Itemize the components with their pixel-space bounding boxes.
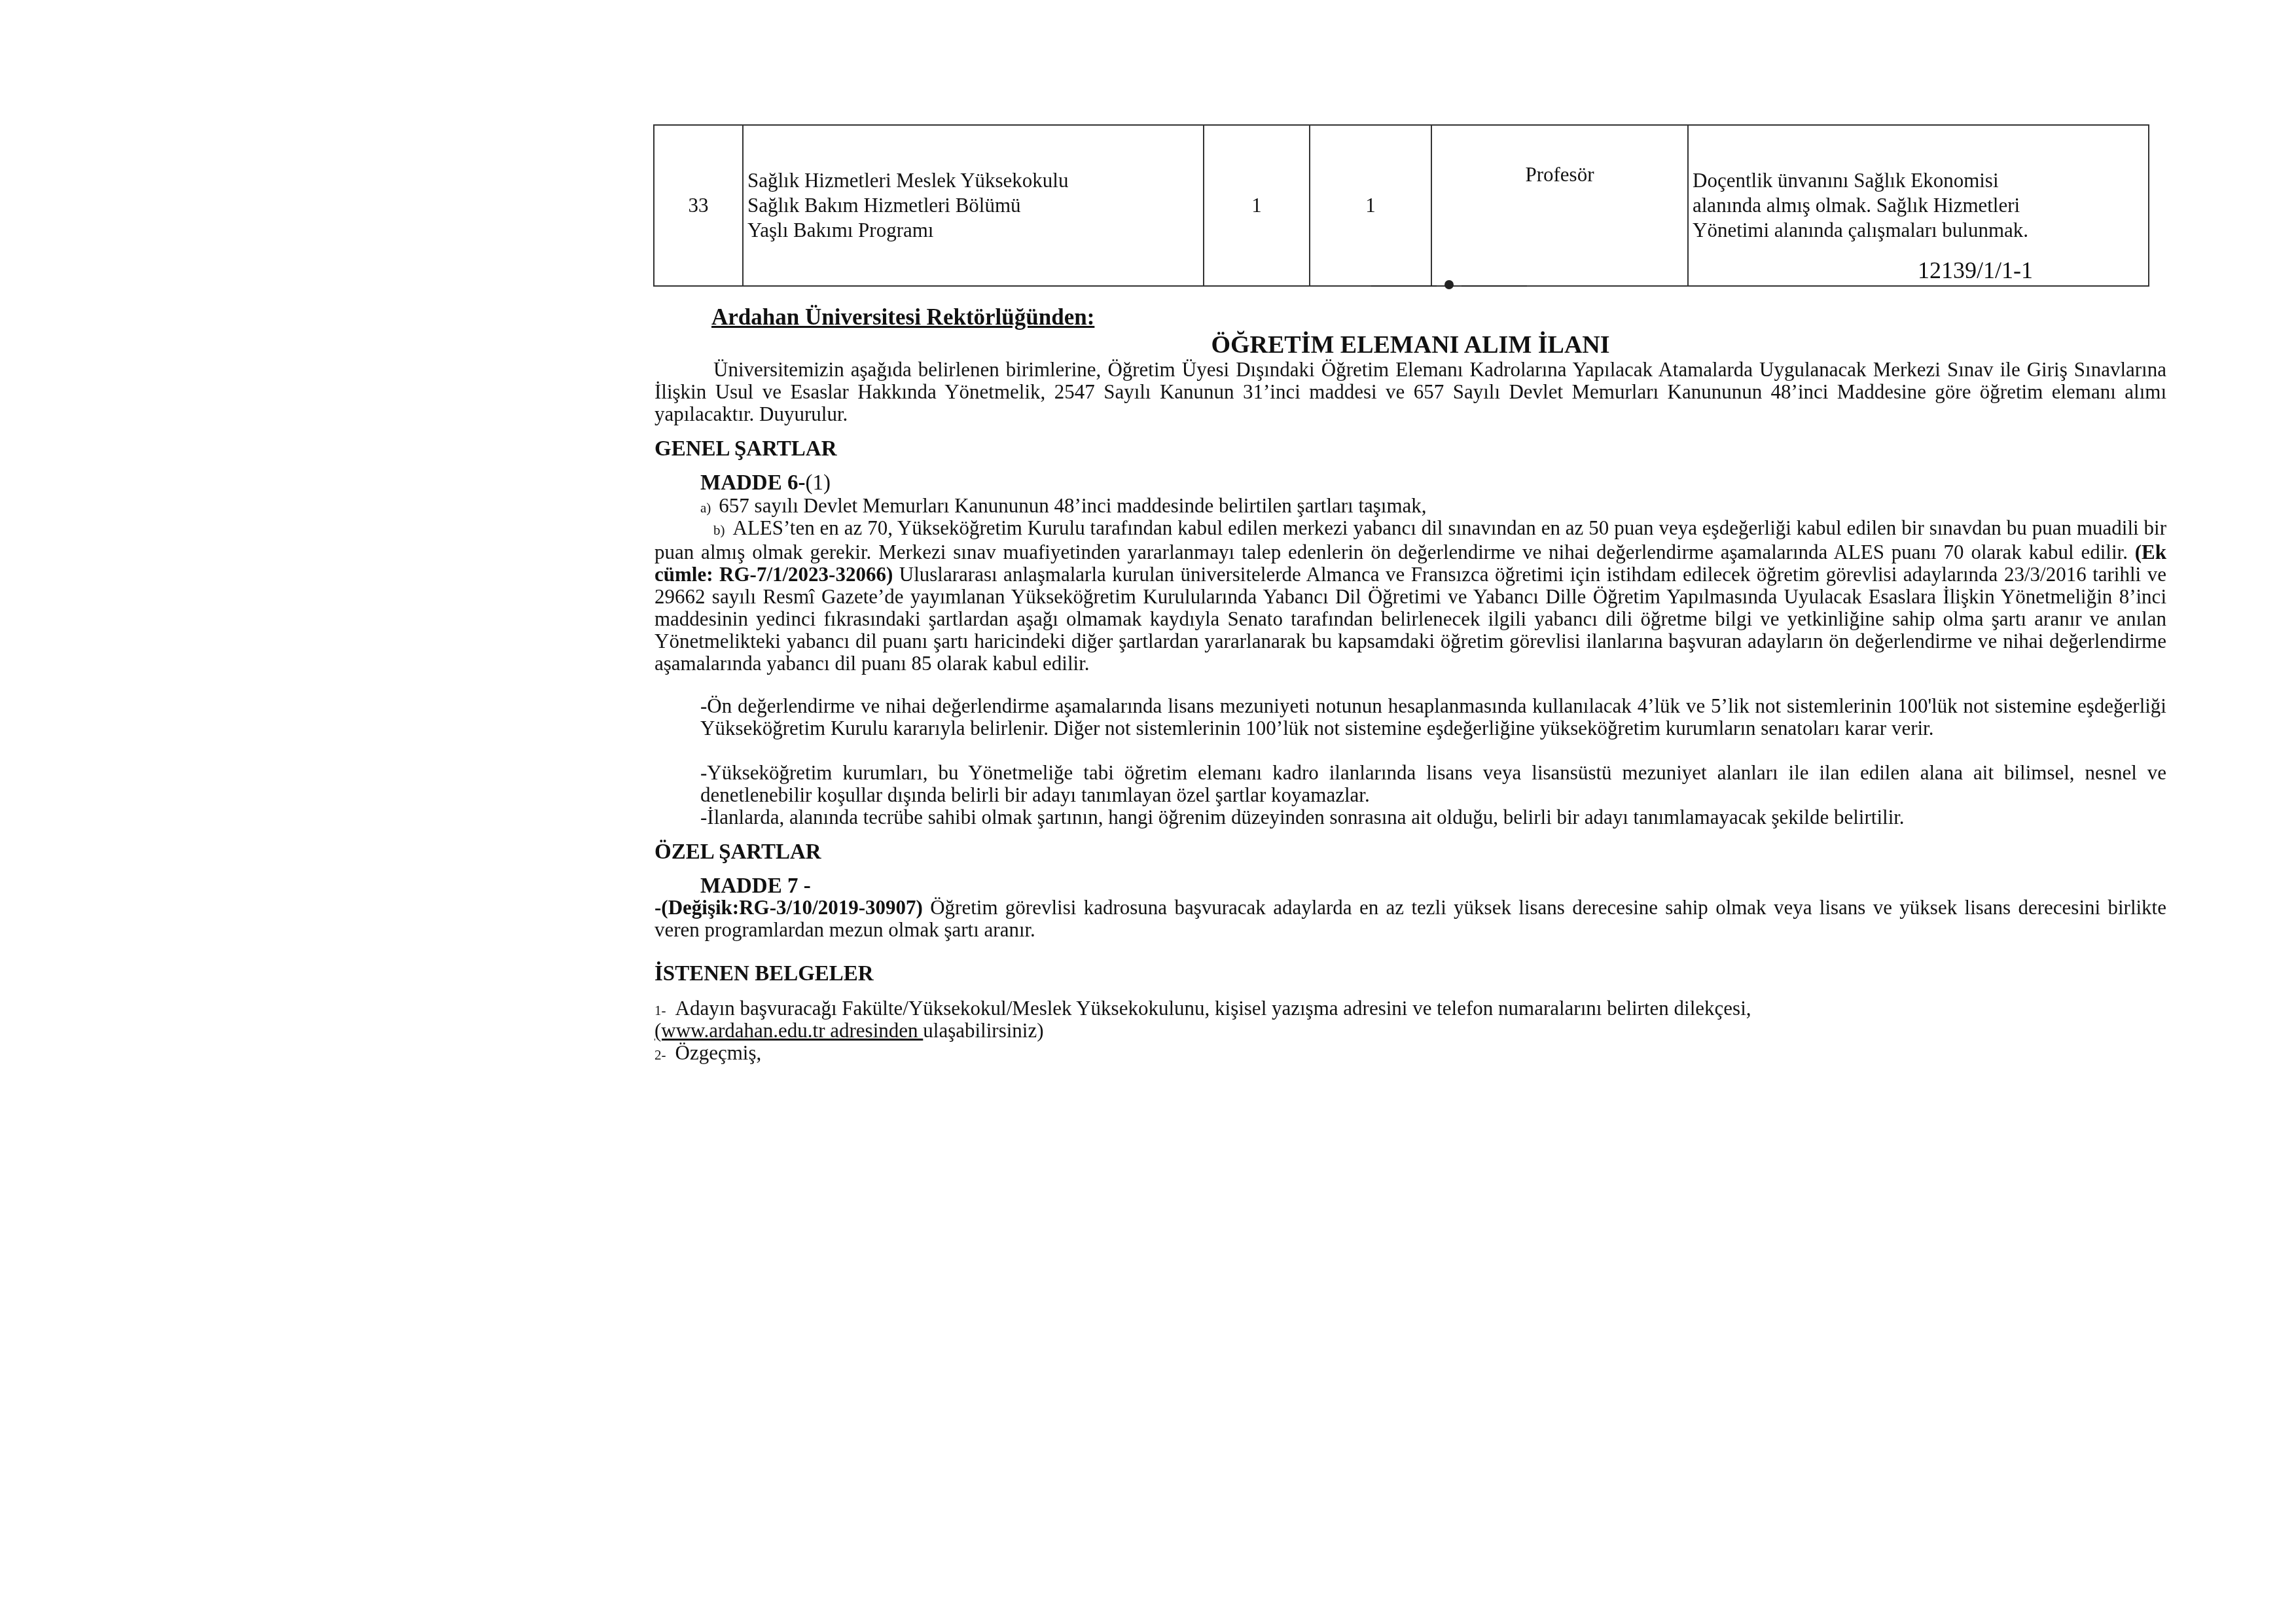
amendment-reference: -(Değişik:RG-3/10/2019-30907) xyxy=(655,896,923,919)
condition-b-text: ALES’ten en az 70, Yükseköğretim Kurulu … xyxy=(655,516,2166,563)
general-note-3: -İlanlarda, alanında tecrübe sahibi olma… xyxy=(700,806,2166,829)
condition-a-text: 657 sayılı Devlet Memurları Kanununun 48… xyxy=(719,494,1426,517)
unit-line: Sağlık Bakım Hizmetleri Bölümü xyxy=(747,193,1199,218)
condition-a: a)657 sayılı Devlet Memurları Kanununun … xyxy=(700,495,2166,519)
reference-code: 12139/1/1-1 xyxy=(1918,257,2033,284)
separator-dot-icon xyxy=(1444,280,1454,289)
special-conditions-heading: ÖZEL ŞARTLAR xyxy=(655,840,821,865)
intro-paragraph: Üniversitemizin aşağıda belirlenen birim… xyxy=(655,359,2166,425)
title-cell: Profesör xyxy=(1431,125,1688,286)
list-marker: b) xyxy=(713,522,725,538)
special-condition-text: -(Değişik:RG-3/10/2019-30907) Öğretim gö… xyxy=(655,897,2166,941)
requirement-line: alanında almış olmak. Sağlık Hizmetleri xyxy=(1693,193,2144,218)
issuing-organization: Ardahan Üniversitesi Rektörlüğünden: xyxy=(711,304,1094,330)
unit-line: Yaşlı Bakımı Programı xyxy=(747,218,1199,243)
document-item-1: 1-Adayın başvuracağı Fakülte/Yüksekokul/… xyxy=(655,997,2166,1022)
link-suffix: ulaşabilirsiniz) xyxy=(923,1019,1043,1042)
announcement-title: ÖĞRETİM ELEMANI ALIM İLANI xyxy=(655,330,2166,359)
article-label: MADDE 6- xyxy=(700,471,805,495)
document-item-2: 2-Özgeçmiş, xyxy=(655,1042,2166,1066)
separator-dash xyxy=(1462,285,1527,287)
article-suffix: (1) xyxy=(805,471,830,495)
article-6-heading: MADDE 6-(1) xyxy=(700,471,831,495)
section-separator xyxy=(1371,267,1528,293)
document-item-text: Özgeçmiş, xyxy=(675,1041,762,1064)
required-documents-heading: İSTENEN BELGELER xyxy=(655,962,874,986)
list-marker: 1- xyxy=(655,1003,666,1018)
document-page: 33 Sağlık Hizmetleri Meslek Yüksekokulu … xyxy=(0,0,2296,1623)
general-note-1: -Ön değerlendirme ve nihai değerlendirme… xyxy=(700,695,2166,740)
document-item-text: Adayın başvuracağı Fakülte/Yüksekokul/Me… xyxy=(675,997,1751,1020)
website-link[interactable]: (www.ardahan.edu.tr adresinden xyxy=(655,1019,923,1042)
article-7-heading: MADDE 7 - xyxy=(700,874,811,899)
count-cell: 1 xyxy=(1204,125,1310,286)
requirement-line: Yönetimi alanında çalışmaları bulunmak. xyxy=(1693,218,2144,243)
row-number: 33 xyxy=(654,125,743,286)
general-note-2: -Yükseköğretim kurumları, bu Yönetmeliğe… xyxy=(700,762,2166,806)
general-conditions-heading: GENEL ŞARTLAR xyxy=(655,437,837,461)
condition-b: b)ALES’ten en az 70, Yükseköğretim Kurul… xyxy=(655,517,2166,675)
requirement-line: Doçentlik ünvanını Sağlık Ekonomisi xyxy=(1693,168,2144,193)
list-marker: a) xyxy=(700,500,711,516)
list-marker: 2- xyxy=(655,1047,666,1063)
unit-cell: Sağlık Hizmetleri Meslek Yüksekokulu Sağ… xyxy=(743,125,1204,286)
document-item-1-link-line: (www.ardahan.edu.tr adresinden ulaşabili… xyxy=(655,1020,2166,1042)
unit-line: Sağlık Hizmetleri Meslek Yüksekokulu xyxy=(747,168,1199,193)
count-cell: 1 xyxy=(1310,125,1431,286)
separator-dash xyxy=(1371,285,1437,287)
